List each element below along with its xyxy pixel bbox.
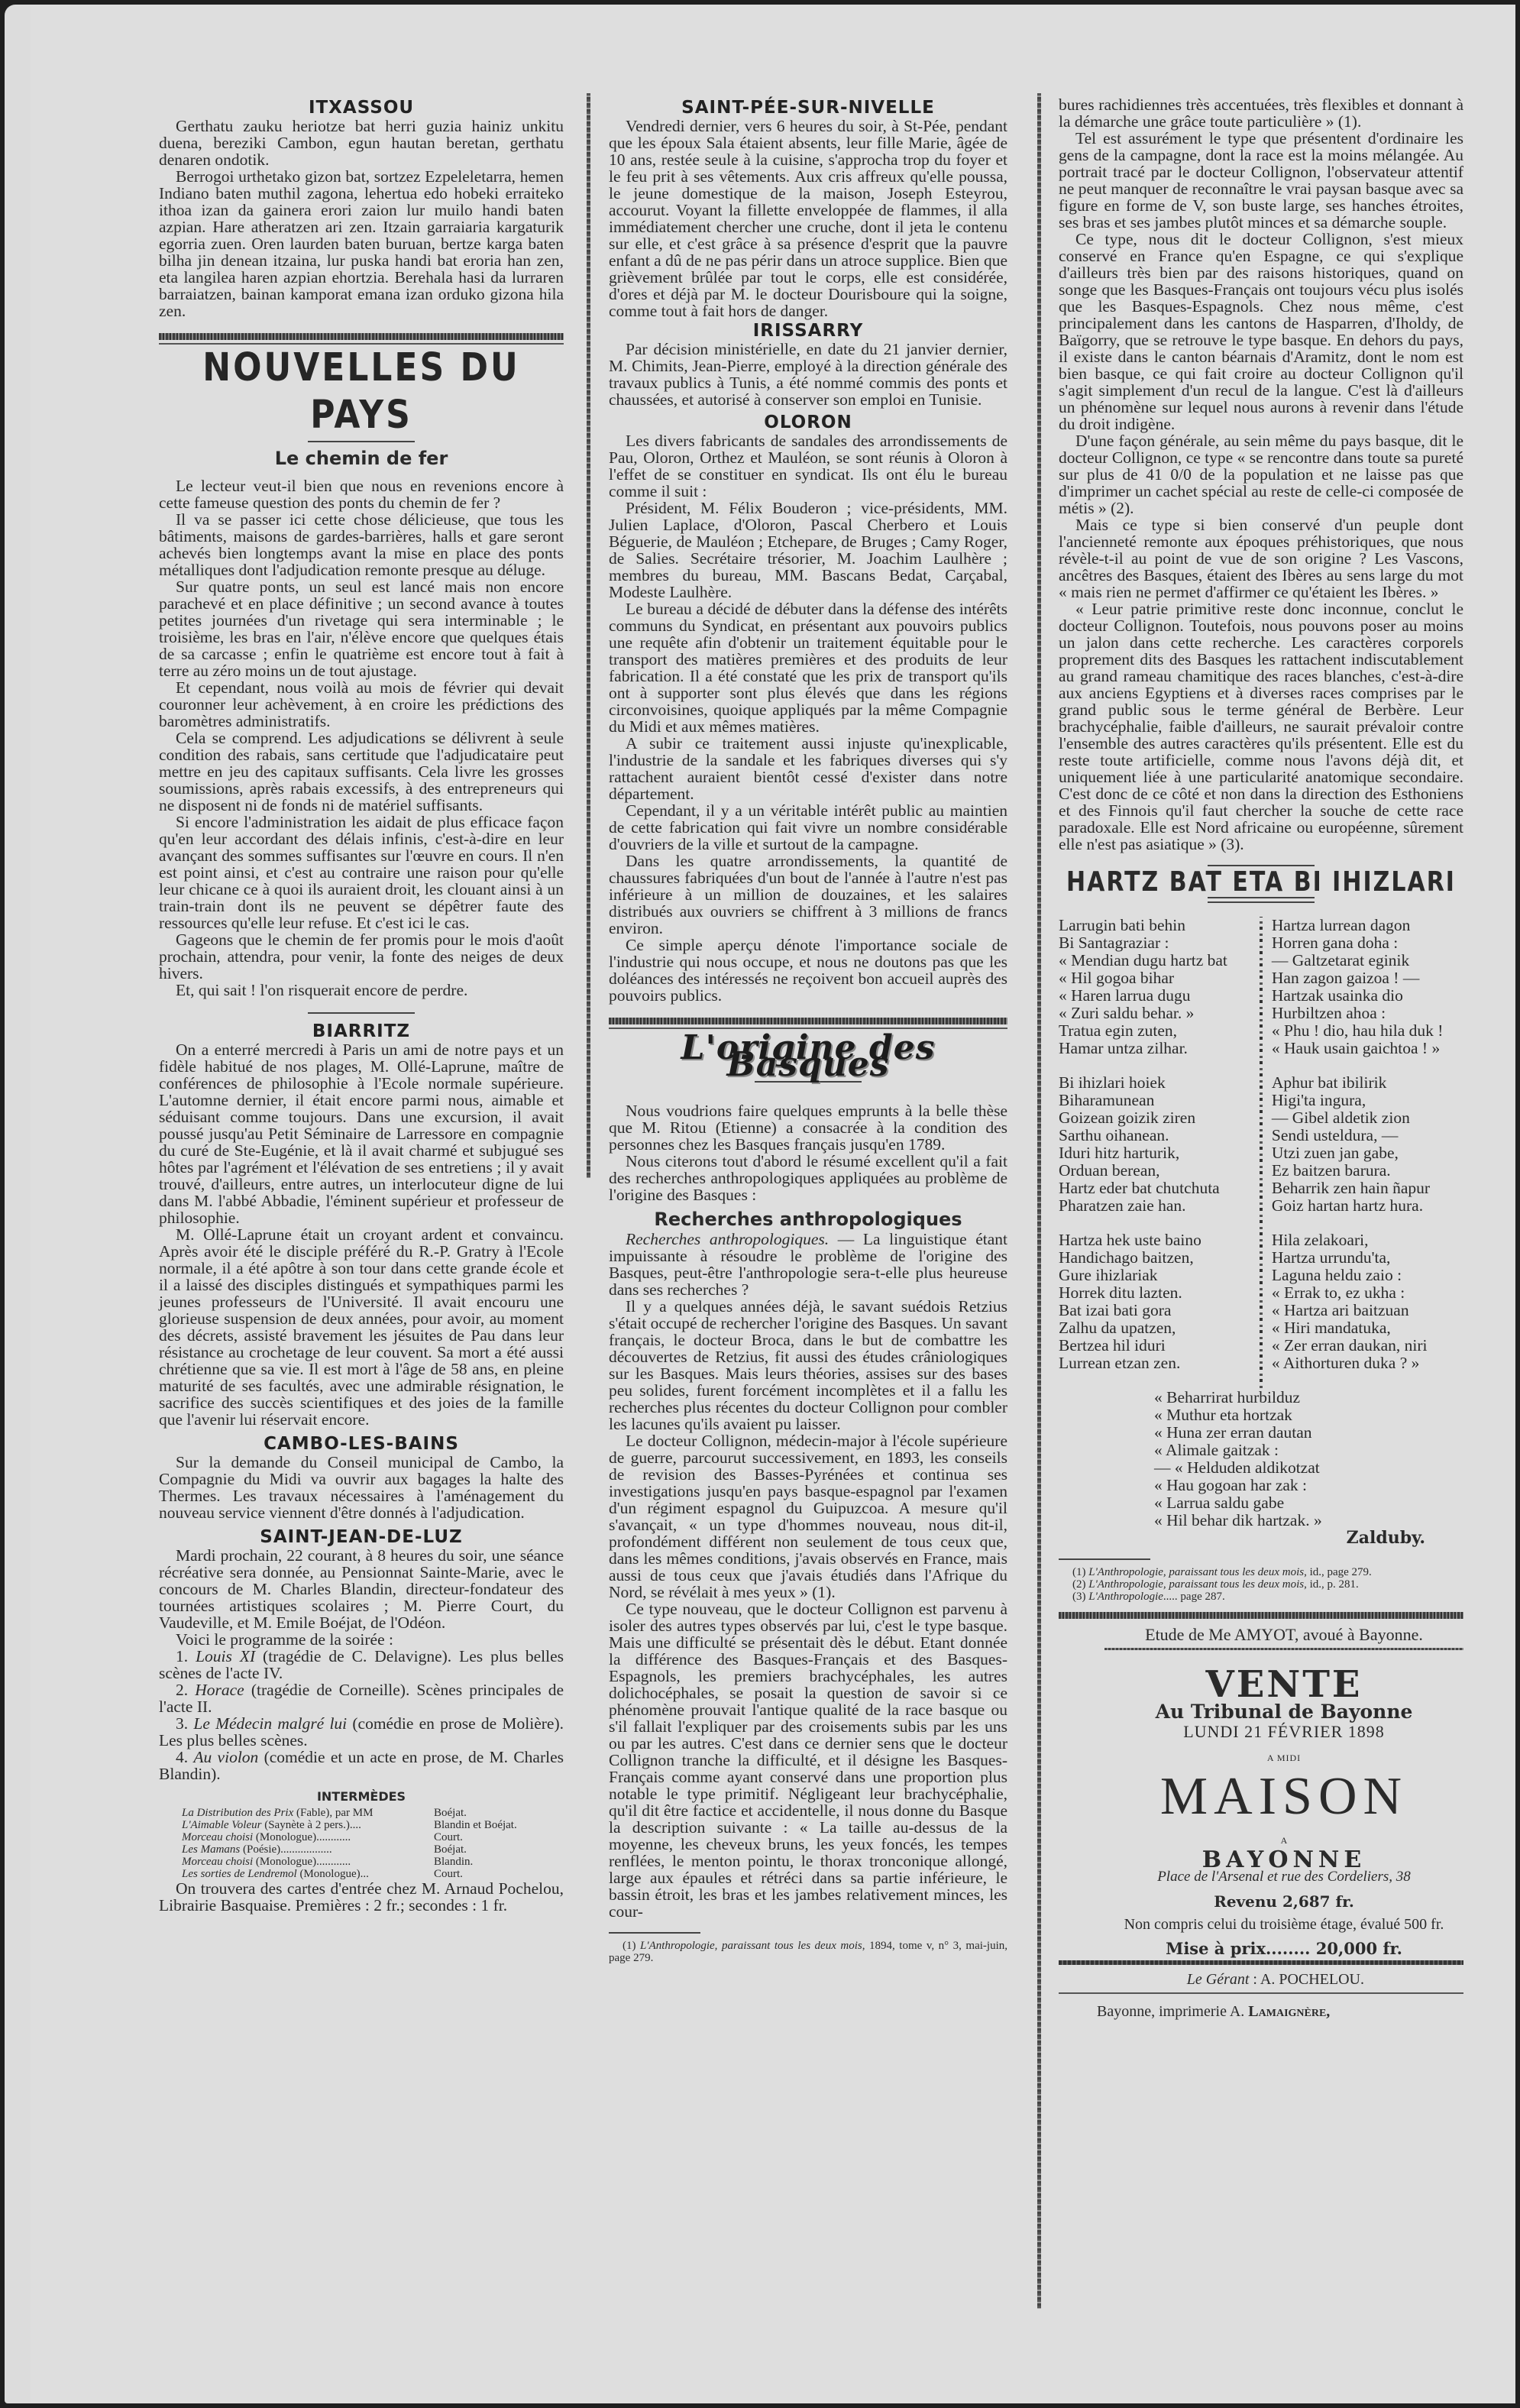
thin-rule	[1059, 1992, 1463, 1994]
column-left: ITXASSOU Gerthatu zauku heriotze bat her…	[159, 96, 564, 1914]
heading-saint-pee: SAINT-PÉE-SUR-NIVELLE	[609, 98, 1007, 118]
article-saint-pee: Vendredi dernier, vers 6 heures du soir,…	[609, 118, 1007, 319]
verse-line: « Mendian dugu hartz bat	[1059, 952, 1250, 969]
poem-right-column: Hartza lurrean dagonHorren gana doha :— …	[1272, 917, 1463, 1389]
gerant-line: Le Gérant : A. POCHELOU.	[1059, 1971, 1364, 1988]
banner-rule	[159, 333, 564, 340]
paragraph: Sur la demande du Conseil municipal de C…	[159, 1454, 564, 1521]
short-rule	[308, 1012, 415, 1014]
sale-advertisement: Etude de Me AMYOT, avoué à Bayonne. VENT…	[1059, 1626, 1463, 1957]
verse-line: — « Helduden aldikotzat	[1154, 1459, 1463, 1477]
lead-italic: Recherches anthropologiques.	[626, 1230, 829, 1248]
heading-saint-jean-de-luz: SAINT-JEAN-DE-LUZ	[159, 1527, 564, 1547]
paragraph: Le docteur Collignon, médecin-major à l'…	[609, 1432, 1007, 1600]
ad-rule	[1104, 1648, 1463, 1650]
paragraph: Les divers fabricants de sandales des ar…	[609, 432, 1007, 500]
verse-line: « Zer erran daukan, niri	[1272, 1337, 1463, 1354]
article-oloron: Les divers fabricants de sandales des ar…	[609, 432, 1007, 1004]
verse-line: Handichago baitzen,	[1059, 1249, 1250, 1267]
ad-non-compris: Non compris celui du troisième étage, év…	[1104, 1916, 1463, 1933]
program-item: 1. Louis XI (tragédie de C. Delavigne). …	[159, 1648, 564, 1681]
short-rule	[308, 441, 415, 442]
verse-line: Horrek ditu lazten.	[1059, 1284, 1250, 1302]
heading-cambo: CAMBO-LES-BAINS	[159, 1434, 564, 1454]
ad-address: Place de l'Arsenal et rue des Cordeliers…	[1104, 1869, 1463, 1885]
verse-line: Laguna heldu zaio :	[1272, 1267, 1463, 1284]
verse-line: Bi Santagraziar :	[1059, 934, 1250, 952]
poem-author: Zalduby.	[1059, 1529, 1425, 1546]
heading-oloron: OLORON	[609, 413, 1007, 432]
verse-line: Tratua egin zuten,	[1059, 1022, 1250, 1040]
paragraph: Gageons que le chemin de fer promis pour…	[159, 931, 564, 982]
column-middle: SAINT-PÉE-SUR-NIVELLE Vendredi dernier, …	[609, 96, 1007, 1964]
verse-line: Hartza hek uste baino	[1059, 1232, 1250, 1249]
article-irissarry: Par décision ministérielle, en date du 2…	[609, 341, 1007, 408]
paragraph: Ce simple aperçu dénote l'importance soc…	[609, 937, 1007, 1004]
intermede-row: Morceau choisi (Monologue)............Bl…	[159, 1856, 564, 1868]
paragraph: Voici le programme de la soirée :	[159, 1631, 564, 1648]
ad-mise-a-prix: Mise à prix........ 20,000 fr.	[1104, 1940, 1463, 1957]
verse-line: « Aithorturen duka ? »	[1272, 1354, 1463, 1372]
verse-line: Hartzak usainka dio	[1272, 987, 1463, 1005]
verse-line: « Beharrirat hurbilduz	[1154, 1389, 1463, 1406]
gerant-name: : A. POCHELOU.	[1249, 1971, 1364, 1988]
verse-line: Hartza lurrean dagon	[1272, 917, 1463, 934]
paragraph: Ce type, nous dit le docteur Collignon, …	[1059, 231, 1463, 432]
verse-line: Orduan berean,	[1059, 1162, 1250, 1180]
section-title-nouvelles: NOUVELLES DU PAYS	[159, 345, 564, 439]
stanza: Hila zelakoari,Hartza urrundu'ta,Laguna …	[1272, 1232, 1463, 1372]
paragraph: Mais ce type si bien conservé d'un peupl…	[1059, 516, 1463, 600]
paragraph: On a enterré mercredi à Paris un ami de …	[159, 1041, 564, 1226]
verse-line: Sarthu oihanean.	[1059, 1127, 1250, 1144]
verse-line: Han zagon gaizoa ! —	[1272, 969, 1463, 987]
paragraph: Il y a quelques années déjà, le savant s…	[609, 1298, 1007, 1432]
intermedes-heading: INTERMÈDES	[159, 1788, 564, 1805]
intermedes-table: La Distribution des Prix (Fable), par MM…	[159, 1807, 564, 1880]
paragraph: Nous citerons tout d'abord le résumé exc…	[609, 1153, 1007, 1203]
program-item: 4. Au violon (comédie et un acte en pros…	[159, 1749, 564, 1782]
imprint-line: Bayonne, imprimerie A. Lamaignère,	[1097, 2003, 1463, 2020]
heavy-rule	[1059, 1960, 1463, 1965]
article-itxassou: Gerthatu zauku heriotze bat herri guzia …	[159, 118, 564, 319]
origine-body: Il y a quelques années déjà, le savant s…	[609, 1298, 1007, 1920]
verse-line: « Alimale gaitzak :	[1154, 1442, 1463, 1459]
intermede-row: Les sorties de Lendremol (Monologue)...C…	[159, 1868, 564, 1880]
verse-line: « Hiri mandatuka,	[1272, 1319, 1463, 1337]
footnote: (3) L'Anthropologie..... page 287.	[1059, 1591, 1463, 1603]
footnote: (1) L'Anthropologie, paraissant tous les…	[609, 1940, 1007, 1964]
origine-intro: Nous voudrions faire quelques emprunts à…	[609, 1102, 1007, 1203]
paragraph: Nous voudrions faire quelques emprunts à…	[609, 1102, 1007, 1153]
stanza: Aphur bat ibilirikHigi'ta ingura,— Gibel…	[1272, 1074, 1463, 1215]
intermede-row: Les Mamans (Poésie)..................Boé…	[159, 1843, 564, 1856]
stanza: Bi ihizlari hoiekBiharamuneanGoizean goi…	[1059, 1074, 1250, 1215]
paragraph: Si encore l'administration les aidait de…	[159, 814, 564, 931]
stanza: Hartza hek uste bainoHandichago baitzen,…	[1059, 1232, 1250, 1372]
verse-line: Sendi usteldura, —	[1272, 1127, 1463, 1144]
banner-rule	[609, 1018, 1007, 1024]
verse-line: « Haren larrua dugu	[1059, 987, 1250, 1005]
heading-biarritz: BIARRITZ	[159, 1021, 564, 1041]
imprint-name: Lamaignère,	[1248, 2003, 1330, 2020]
verse-line: Iduri hitz harturik,	[1059, 1144, 1250, 1162]
verse-line: « Huna zer erran dautan	[1154, 1424, 1463, 1442]
verse-line: Hurbiltzen ahoa :	[1272, 1005, 1463, 1022]
poem-left-column: Larrugin bati behinBi Santagraziar :« Me…	[1059, 917, 1250, 1389]
verse-line: « Muthur eta hortzak	[1154, 1406, 1463, 1424]
paragraph: Le lecteur veut-il bien que nous en reve…	[159, 477, 564, 511]
paragraph: Mardi prochain, 22 courant, à 8 heures d…	[159, 1547, 564, 1631]
verse-line: Bat izai bati gora	[1059, 1302, 1250, 1319]
poem-title: HARTZ BAT ETA BI IHIZLARI	[1059, 872, 1463, 892]
ad-city: BAYONNE	[1104, 1852, 1463, 1869]
paragraph: Tel est assurément le type que présenten…	[1059, 130, 1463, 231]
verse-line: Higi'ta ingura,	[1272, 1092, 1463, 1109]
origine-continued: bures rachidiennes très accentuées, très…	[1059, 96, 1463, 853]
poem-body: Larrugin bati behinBi Santagraziar :« Me…	[1059, 917, 1463, 1389]
verse-line: Bi ihizlari hoiek	[1059, 1074, 1250, 1092]
paragraph: Le bureau a décidé de débuter dans la dé…	[609, 600, 1007, 735]
paragraph: Dans les quatre arrondissements, la quan…	[609, 853, 1007, 937]
article-chemin-de-fer: Le lecteur veut-il bien que nous en reve…	[159, 477, 564, 998]
closing-paragraph: On trouvera des cartes d'entrée chez M. …	[159, 1880, 564, 1914]
verse-line: Horren gana doha :	[1272, 934, 1463, 952]
paragraph: bures rachidiennes très accentuées, très…	[1059, 96, 1463, 130]
paragraph: Par décision ministérielle, en date du 2…	[609, 341, 1007, 408]
verse-line: Beharrik zen hain ñapur	[1272, 1180, 1463, 1197]
paragraph: Et cependant, nous voilà au mois de févr…	[159, 679, 564, 730]
paragraph: D'une façon générale, au sein même du pa…	[1059, 432, 1463, 516]
program-item: 2. Horace (tragédie de Corneille). Scène…	[159, 1681, 564, 1715]
origine-lead: Recherches anthropologiques. — La lingui…	[609, 1231, 1007, 1298]
paragraph: Cela se comprend. Les adjudications se d…	[159, 730, 564, 814]
gerant-label: Le Gérant	[1187, 1971, 1250, 1988]
article-cambo: Sur la demande du Conseil municipal de C…	[159, 1454, 564, 1521]
heading-irissarry: IRISSARRY	[609, 321, 1007, 341]
footnote: (1) L'Anthropologie, paraissant tous les…	[1059, 1566, 1463, 1578]
verse-line: Hila zelakoari,	[1272, 1232, 1463, 1249]
intermede-row: L'Aimable Voleur (Saynète à 2 pers.)....…	[159, 1819, 564, 1831]
ad-date: LUNDI 21 FÉVRIER 1898	[1104, 1723, 1463, 1740]
paragraph: Il va se passer ici cette chose délicieu…	[159, 511, 564, 578]
verse-line: « Phu ! dio, hau hila duk !	[1272, 1022, 1463, 1040]
verse-line: « Hil gogoa bihar	[1059, 969, 1250, 987]
verse-line: — Gibel aldetik zion	[1272, 1109, 1463, 1127]
heading-itxassou: ITXASSOU	[159, 98, 564, 118]
intermede-row: La Distribution des Prix (Fable), par MM…	[159, 1807, 564, 1819]
paragraph: M. Ollé-Laprune était un croyant ardent …	[159, 1226, 564, 1428]
paragraph: Sur quatre ponts, un seul est lancé mais…	[159, 578, 564, 679]
article-biarritz: On a enterré mercredi à Paris un ami de …	[159, 1041, 564, 1428]
ad-revenu: Revenu 2,687 fr.	[1104, 1893, 1463, 1910]
banner-rule	[1059, 1612, 1463, 1619]
program-item: 3. Le Médecin malgré lui (comédie en pro…	[159, 1715, 564, 1749]
column-divider-1	[587, 93, 590, 1178]
paragraph: Et, qui sait ! l'on risquerait encore de…	[159, 982, 564, 998]
footnote-rule	[609, 1932, 700, 1934]
verse-line: Hamar untza zilhar.	[1059, 1040, 1250, 1057]
paragraph: Gerthatu zauku heriotze bat herri guzia …	[159, 118, 564, 168]
verse-line: « Zuri saldu behar. »	[1059, 1005, 1250, 1022]
footnotes: (1) L'Anthropologie, paraissant tous les…	[1059, 1566, 1463, 1603]
verse-line: « Hauk usain gaichtoa ! »	[1272, 1040, 1463, 1057]
poem-coda: « Beharrirat hurbilduz« Muthur eta hortz…	[1154, 1389, 1463, 1529]
stanza: Larrugin bati behinBi Santagraziar :« Me…	[1059, 917, 1250, 1057]
section-title-origine: L'origine des Basques	[609, 1040, 1007, 1073]
ad-time: A MIDI	[1104, 1749, 1463, 1766]
footnote-source: L'Anthropologie, paraissant tous les deu…	[640, 1940, 862, 1952]
program-list: 1. Louis XI (tragédie de C. Delavigne). …	[159, 1648, 564, 1782]
paragraph: Berrogoi urthetako gizon bat, sortzez Ez…	[159, 168, 564, 319]
footnote-rule	[1059, 1558, 1150, 1560]
paragraph: A subir ce traitement aussi injuste qu'i…	[609, 735, 1007, 802]
article-saint-jean-de-luz: Mardi prochain, 22 courant, à 8 heures d…	[159, 1547, 564, 1648]
column-right: bures rachidiennes très accentuées, très…	[1059, 96, 1463, 2020]
verse-line: « Hartza ari baitzuan	[1272, 1302, 1463, 1319]
intermede-row: Morceau choisi (Monologue)............Co…	[159, 1831, 564, 1843]
ornamental-divider	[1256, 917, 1266, 1389]
paragraph: Ce type nouveau, que le docteur Colligno…	[609, 1600, 1007, 1920]
footnote-number: (1)	[623, 1940, 636, 1952]
column-divider-2	[1037, 93, 1041, 2309]
ad-maison: MAISON	[1104, 1766, 1463, 1827]
verse-line: Ez baitzen barura.	[1272, 1162, 1463, 1180]
verse-line: Zalhu da upatzen,	[1059, 1319, 1250, 1337]
verse-line: « Larrua saldu gabe	[1154, 1494, 1463, 1512]
verse-line: Goizean goizik ziren	[1059, 1109, 1250, 1127]
verse-line: Pharatzen zaie han.	[1059, 1197, 1250, 1215]
verse-line: Goiz hartan hartz hura.	[1272, 1197, 1463, 1215]
verse-line: Hartza urrundu'ta,	[1272, 1249, 1463, 1267]
verse-line: Larrugin bati behin	[1059, 917, 1250, 934]
verse-line: Utzi zuen jan gabe,	[1272, 1144, 1463, 1162]
verse-line: Gure ihizlariak	[1059, 1267, 1250, 1284]
ad-vente: VENTE	[1104, 1665, 1463, 1704]
ad-etude: Etude de Me AMYOT, avoué à Bayonne.	[1104, 1626, 1463, 1643]
paragraph: Président, M. Félix Bouderon ; vice-prés…	[609, 500, 1007, 600]
verse-line: — Galtzetarat eginik	[1272, 952, 1463, 969]
verse-line: Aphur bat ibilirik	[1272, 1074, 1463, 1092]
verse-line: « Errak to, ez ukha :	[1272, 1284, 1463, 1302]
ad-tribunal: Au Tribunal de Bayonne	[1104, 1704, 1463, 1720]
verse-line: Hartz eder bat chutchuta	[1059, 1180, 1250, 1197]
paragraph: Cependant, il y a un véritable intérêt p…	[609, 802, 1007, 853]
imprint-prefix: Bayonne, imprimerie A.	[1097, 2003, 1248, 2020]
verse-line: Lurrean etzan zen.	[1059, 1354, 1250, 1372]
paragraph: Vendredi dernier, vers 6 heures du soir,…	[609, 118, 1007, 319]
verse-line: Bertzea hil iduri	[1059, 1337, 1250, 1354]
paragraph: « Leur patrie primitive reste donc incon…	[1059, 600, 1463, 853]
stanza: Hartza lurrean dagonHorren gana doha :— …	[1272, 917, 1463, 1057]
verse-line: « Hil behar dik hartzak. »	[1154, 1512, 1463, 1529]
footnote: (2) L'Anthropologie, paraissant tous les…	[1059, 1578, 1463, 1591]
verse-line: « Hau gogoan har zak :	[1154, 1477, 1463, 1494]
subtitle-chemin-de-fer: Le chemin de fer	[159, 450, 564, 467]
verse-line: Biharamunean	[1059, 1092, 1250, 1109]
subtitle-recherches: Recherches anthropologiques	[609, 1211, 1007, 1228]
